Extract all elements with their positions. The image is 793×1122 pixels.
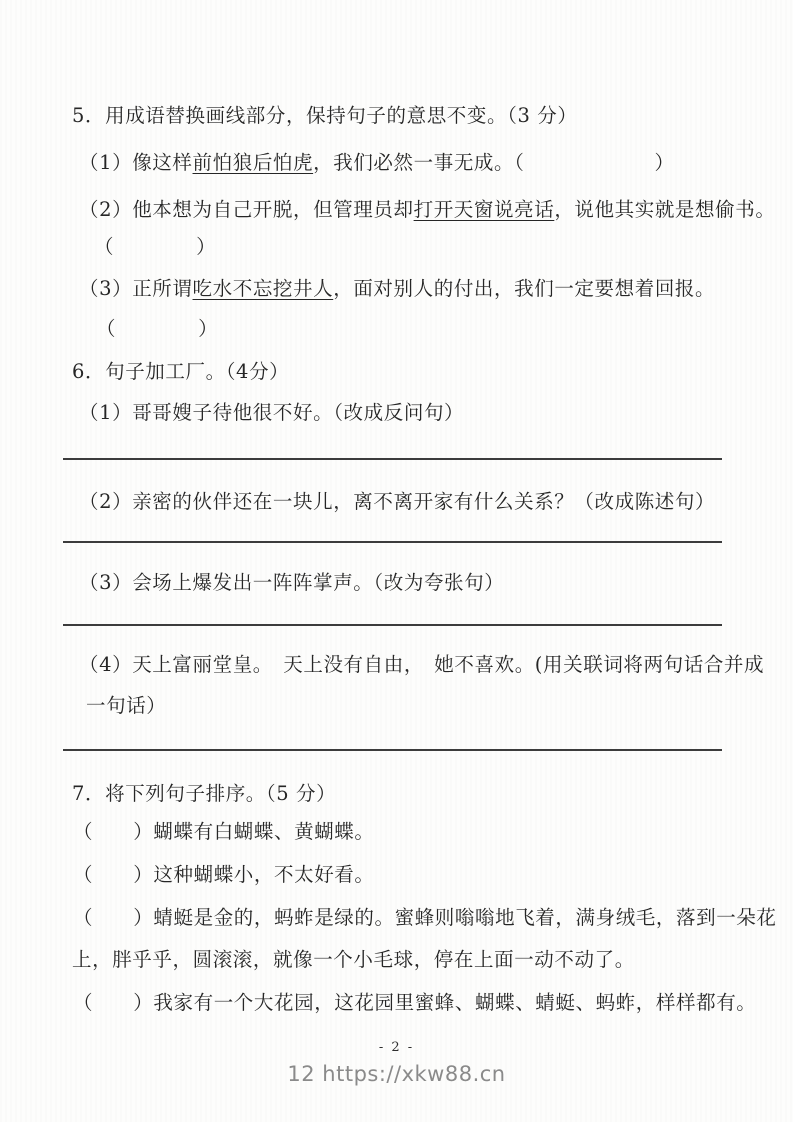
q5-item-1-underlined-phrase: 前怕狼后怕虎: [193, 151, 314, 174]
q5-item-3-pre: （3）正所谓: [79, 277, 193, 300]
q6-item-4-answer-line: [63, 749, 722, 751]
q5-item-1-post: ，我们必然一事无成。（: [313, 151, 524, 174]
q5-item-2: （2）他本想为自己开脱，但管理员却打开天窗说亮话，说他其实就是想偷书。: [79, 196, 775, 223]
q7-sentence-3-line-2: 上，胖乎乎，圆滚滚，就像一个小毛球，停在上面一动不动了。: [72, 946, 635, 973]
q6-title: 6．句子加工厂。（4分）: [72, 358, 289, 385]
q5-title: 5．用成语替换画线部分，保持句子的意思不变。（3 分）: [72, 102, 577, 129]
q5-item-2-pre: （2）他本想为自己开脱，但管理员却: [79, 198, 414, 221]
q5-item-3-answer-close: ）: [198, 317, 218, 340]
exam-page: { "colors": { "text": "#262626", "answer…: [0, 0, 793, 1122]
q7-sentence-1: （ ）蝴蝶有白蝴蝶、黄蝴蝶。: [73, 818, 375, 845]
q5-item-1-close-paren: ）: [654, 151, 674, 174]
q5-item-2-answer-parens: （）: [94, 233, 216, 260]
q5-item-3-post: ，面对别人的付出，我们一定要想着回报。: [333, 277, 715, 300]
q5-item-2-post: ，说他其实就是想偷书。: [554, 198, 775, 221]
q5-item-2-underlined-phrase: 打开天窗说亮话: [414, 198, 555, 221]
q5-item-3-answer-parens: （）: [96, 315, 218, 342]
q6-item-3: （3）会场上爆发出一阵阵掌声。（改为夸张句）: [79, 569, 504, 596]
q5-item-3: （3）正所谓吃水不忘挖井人，面对别人的付出，我们一定要想着回报。: [79, 275, 715, 302]
q6-item-3-answer-line: [63, 624, 722, 626]
q5-item-1-pre: （1）像这样: [79, 151, 193, 174]
q6-item-1: （1）哥哥嫂子待他很不好。（改成反问句）: [79, 399, 464, 426]
q6-item-1-answer-line: [63, 458, 722, 460]
q5-item-3-answer-open: （: [96, 317, 116, 340]
q6-item-4-line-2: 一句话）: [86, 692, 166, 719]
q7-title: 7．将下列句子排序。（5 分）: [72, 780, 336, 807]
q5-item-3-underlined-phrase: 吃水不忘挖井人: [193, 277, 334, 300]
q6-item-4-line-1: （4）天上富丽堂皇。 天上没有自由， 她不喜欢。(用关联词将两句话合并成: [79, 651, 764, 678]
q7-sentence-3-line-1: （ ）蜻蜓是金的，蚂蚱是绿的。蜜蜂则嗡嗡地飞着，满身绒毛，落到一朵花: [73, 904, 777, 931]
q7-sentence-2: （ ）这种蝴蝶小，不太好看。: [73, 861, 375, 888]
q5-item-2-answer-close: ）: [196, 235, 216, 258]
q6-item-2: （2）亲密的伙伴还在一块儿，离不离开家有什么关系？（改成陈述句）: [79, 488, 715, 515]
site-watermark: 12 https://xkw88.cn: [0, 1062, 793, 1086]
q6-item-2-answer-line: [63, 541, 722, 543]
page-number: - 2 -: [0, 1040, 793, 1055]
q5-item-2-answer-open: （: [94, 235, 114, 258]
q7-sentence-4: （ ）我家有一个大花园，这花园里蜜蜂、蝴蝶、蜻蜓、蚂蚱，样样都有。: [73, 989, 756, 1016]
q5-item-1: （1）像这样前怕狼后怕虎，我们必然一事无成。（）: [79, 149, 675, 176]
